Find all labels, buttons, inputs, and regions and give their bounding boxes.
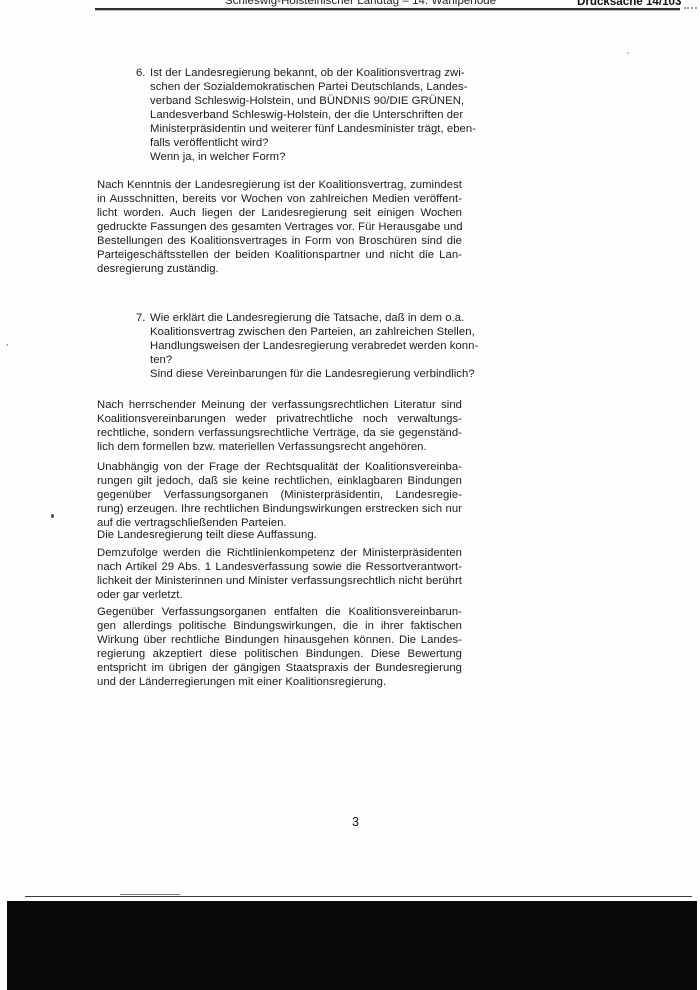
scan-artifact-dot (51, 514, 54, 518)
question-6-followup: Wenn ja, in welcher Form? (150, 150, 462, 164)
header-title: Schleswig-Holsteinischer Landtag – 14. W… (225, 0, 496, 7)
bottom-black-scan-bar (7, 901, 697, 990)
scan-artifact-comma: , (5, 338, 9, 348)
answer-paragraph-binding-effect: Unabhängig von der Frage der Rechtsquali… (97, 460, 462, 530)
header-doc-number: Drucksache 14/103 (577, 0, 681, 8)
question-6-text: Ist der Landesregierung bekannt, ob der … (150, 66, 462, 150)
answer-paragraph-government-opinion: Die Landesregierung teilt diese Auffassu… (97, 528, 462, 542)
answer-paragraph-legal-literature: Nach herrschender Meinung der verfassung… (97, 398, 462, 454)
question-7-number: 7. (136, 311, 145, 325)
question-7-followup: Sind diese Vereinbarungen für die Landes… (150, 367, 462, 381)
scan-line-fragment (120, 894, 180, 895)
page-number: 3 (352, 815, 359, 829)
scanned-document-page: { "document": { "header": { "title": "Sc… (0, 0, 700, 990)
header-rule (95, 8, 680, 10)
answer-paragraph-q6: Nach Kenntnis der Landesregierung ist de… (97, 178, 462, 276)
header-rule-artifact-dots (684, 7, 697, 9)
question-7-text: Wie erklärt die Landesregierung die Tats… (150, 311, 462, 367)
answer-paragraph-constitutional-competence: Demzufolge werden die Richtlinienkompete… (97, 546, 462, 602)
answer-paragraph-political-binding: Gegenüber Verfassungsorganen entfalten d… (97, 605, 462, 689)
question-6-number: 6. (136, 66, 145, 80)
scan-artifact-quote: ' (627, 52, 629, 62)
scan-line-above-bar (25, 896, 692, 897)
